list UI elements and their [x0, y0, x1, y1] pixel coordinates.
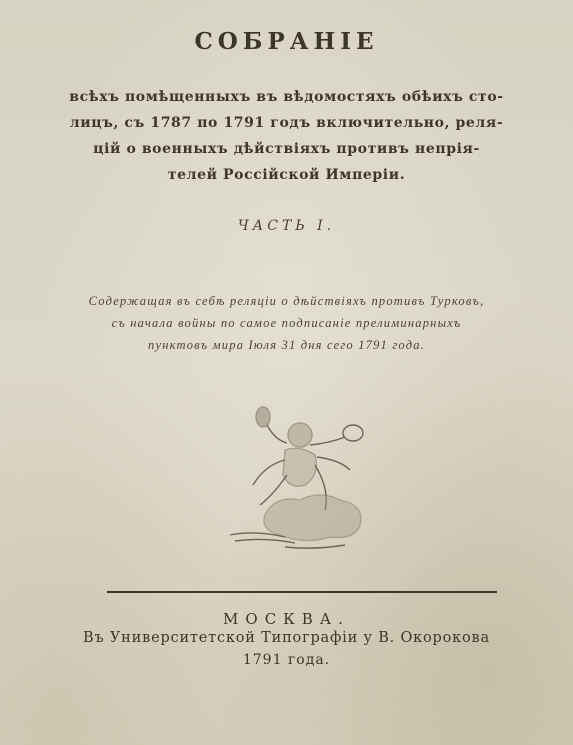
- description-line: всѣхъ помѣщенныхъ въ вѣдомостяхъ обѣихъ …: [0, 84, 573, 110]
- title-page: СОБРАНІЕ всѣхъ помѣщенныхъ въ вѣдомостях…: [0, 0, 573, 745]
- description-line: телей Россійской Имперіи.: [0, 162, 573, 188]
- imprint-city: МОСКВА.: [0, 610, 573, 628]
- description-line: цій о военныхъ дѣйствіяхъ противъ непрія…: [0, 136, 573, 162]
- subtitle-line: пунктовъ мира Іюля 31 дня сего 1791 года…: [0, 334, 573, 356]
- subtitle-line: съ начала войны по самое подписаніе прел…: [0, 312, 573, 334]
- page-title: СОБРАНІЕ: [0, 28, 573, 55]
- subtitle-line: Содержащая въ себѣ реляціи о дѣйствіяхъ …: [0, 290, 573, 312]
- description-line: лицъ, съ 1787 по 1791 годъ включительно,…: [0, 110, 573, 136]
- imprint-printer: Въ Университетской Типографіи у В. Окоро…: [0, 630, 573, 646]
- cherub-vignette-icon: [225, 395, 375, 555]
- part-label: ЧАСТЬ I.: [0, 218, 573, 234]
- title-description: всѣхъ помѣщенныхъ въ вѣдомостяхъ обѣихъ …: [0, 84, 573, 188]
- imprint-year: 1791 года.: [0, 652, 573, 668]
- horizontal-rule: [107, 591, 497, 593]
- subtitle: Содержащая въ себѣ реляціи о дѣйствіяхъ …: [0, 290, 573, 356]
